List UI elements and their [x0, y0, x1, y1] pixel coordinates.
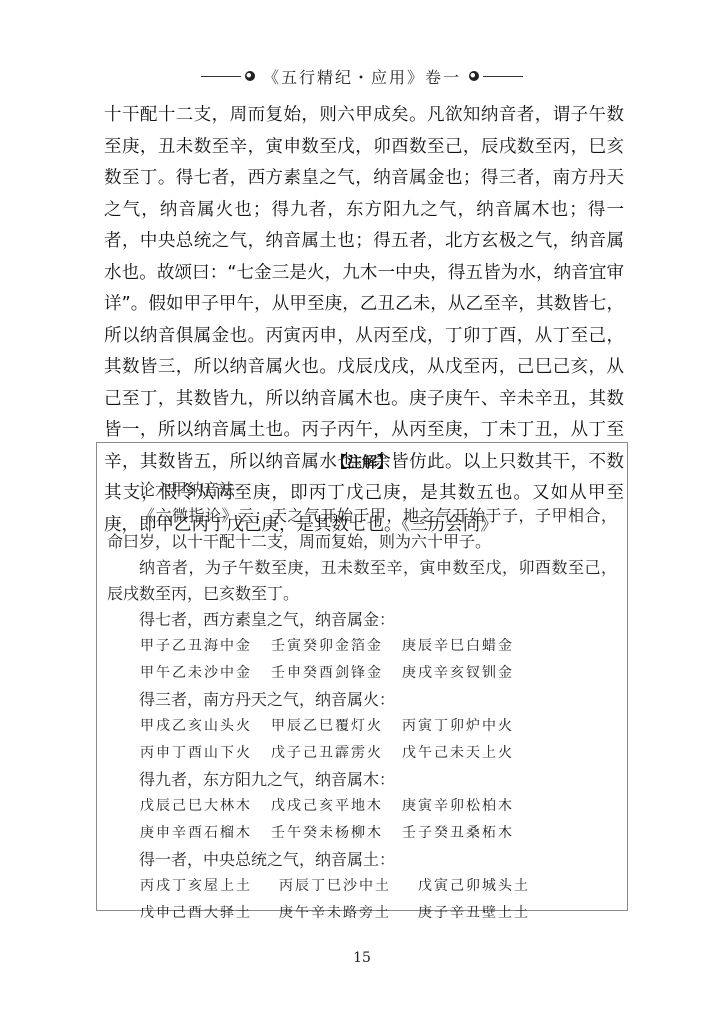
nayin-item: 戊寅己卯城头土	[418, 873, 557, 900]
annotation-subtitle: 论六甲纳音法	[107, 477, 617, 503]
yin-yang-icon	[469, 71, 479, 81]
group-heading-earth: 得一者，中央总统之气，纳音属土：	[107, 847, 617, 873]
nayin-row: 甲子乙丑海中金 壬寅癸卯金箔金 庚辰辛巳白蜡金	[107, 633, 617, 660]
group-heading-wood: 得九者，东方阳九之气，纳音属木：	[107, 767, 617, 793]
annotation-box: 【注解】 论六甲纳音法 《六微指论》云：天之气开始于甲，地之气开始于子，子甲相合…	[96, 442, 628, 911]
nayin-item: 戊午己未天上火	[402, 740, 533, 767]
nayin-item: 庚寅辛卯松柏木	[402, 793, 533, 820]
nayin-row: 丙申丁酉山下火 戊子己丑霹雳火 戊午己未天上火	[107, 740, 617, 767]
nayin-item: 壬申癸酉剑锋金	[271, 660, 402, 687]
nayin-item: 壬寅癸卯金箔金	[271, 633, 402, 660]
header-rule-right	[483, 76, 523, 77]
running-header: 《五行精纪・应用》卷一	[0, 64, 724, 88]
nayin-item: 甲戌乙亥山头火	[140, 713, 271, 740]
book-page: 《五行精纪・应用》卷一 十干配十二支，周而复始，则六甲成矣。凡欲知纳音者，谓子午…	[0, 0, 724, 1024]
annotation-paragraph: 纳音者，为子午数至庚，丑未数至辛，寅申数至戊，卯酉数至己，辰戌数至丙，巳亥数至丁…	[107, 555, 617, 607]
group-heading-metal: 得七者，西方素皇之气，纳音属金：	[107, 607, 617, 633]
nayin-item: 丙寅丁卯炉中火	[402, 713, 533, 740]
header-rule-left	[201, 76, 241, 77]
nayin-item: 戊子己丑霹雳火	[271, 740, 402, 767]
nayin-item: 壬午癸未杨柳木	[271, 820, 402, 847]
annotation-paragraph: 《六微指论》云：天之气开始于甲，地之气开始于子，子甲相合，命曰岁，以十干配十二支…	[107, 503, 617, 555]
nayin-item: 庚辰辛巳白蜡金	[402, 633, 533, 660]
nayin-item: 丙戌丁亥屋上土	[140, 873, 279, 900]
nayin-item: 庚午辛未路旁土	[279, 900, 418, 927]
nayin-item: 戊戌己亥平地木	[271, 793, 402, 820]
annotation-body: 论六甲纳音法 《六微指论》云：天之气开始于甲，地之气开始于子，子甲相合，命曰岁，…	[107, 477, 617, 927]
nayin-row: 戊辰己巳大林木 戊戌己亥平地木 庚寅辛卯松柏木	[107, 793, 617, 820]
nayin-row: 甲戌乙亥山头火 甲辰乙巳覆灯火 丙寅丁卯炉中火	[107, 713, 617, 740]
nayin-item: 甲辰乙巳覆灯火	[271, 713, 402, 740]
nayin-item: 丙辰丁巳沙中土	[279, 873, 418, 900]
yin-yang-icon	[245, 71, 255, 81]
nayin-item: 庚子辛丑壁上土	[418, 900, 557, 927]
nayin-item: 壬子癸丑桑柘木	[402, 820, 533, 847]
nayin-row: 甲午乙未沙中金 壬申癸酉剑锋金 庚戌辛亥钗钏金	[107, 660, 617, 687]
annotation-title: 【注解】	[97, 451, 627, 472]
nayin-item: 庚申辛酉石榴木	[140, 820, 271, 847]
nayin-item: 甲子乙丑海中金	[140, 633, 271, 660]
nayin-item: 丙申丁酉山下火	[140, 740, 271, 767]
nayin-row: 戊申己酉大驿土 庚午辛未路旁土 庚子辛丑壁上土	[107, 900, 617, 927]
group-heading-fire: 得三者，南方丹天之气，纳音属火：	[107, 687, 617, 713]
header-title: 《五行精纪・应用》卷一	[259, 65, 465, 88]
nayin-row: 庚申辛酉石榴木 壬午癸未杨柳木 壬子癸丑桑柘木	[107, 820, 617, 847]
nayin-item: 戊辰己巳大林木	[140, 793, 271, 820]
nayin-item: 甲午乙未沙中金	[140, 660, 271, 687]
page-number: 15	[0, 950, 724, 966]
nayin-item: 庚戌辛亥钗钏金	[402, 660, 533, 687]
nayin-row: 丙戌丁亥屋上土 丙辰丁巳沙中土 戊寅己卯城头土	[107, 873, 617, 900]
nayin-item: 戊申己酉大驿土	[140, 900, 279, 927]
